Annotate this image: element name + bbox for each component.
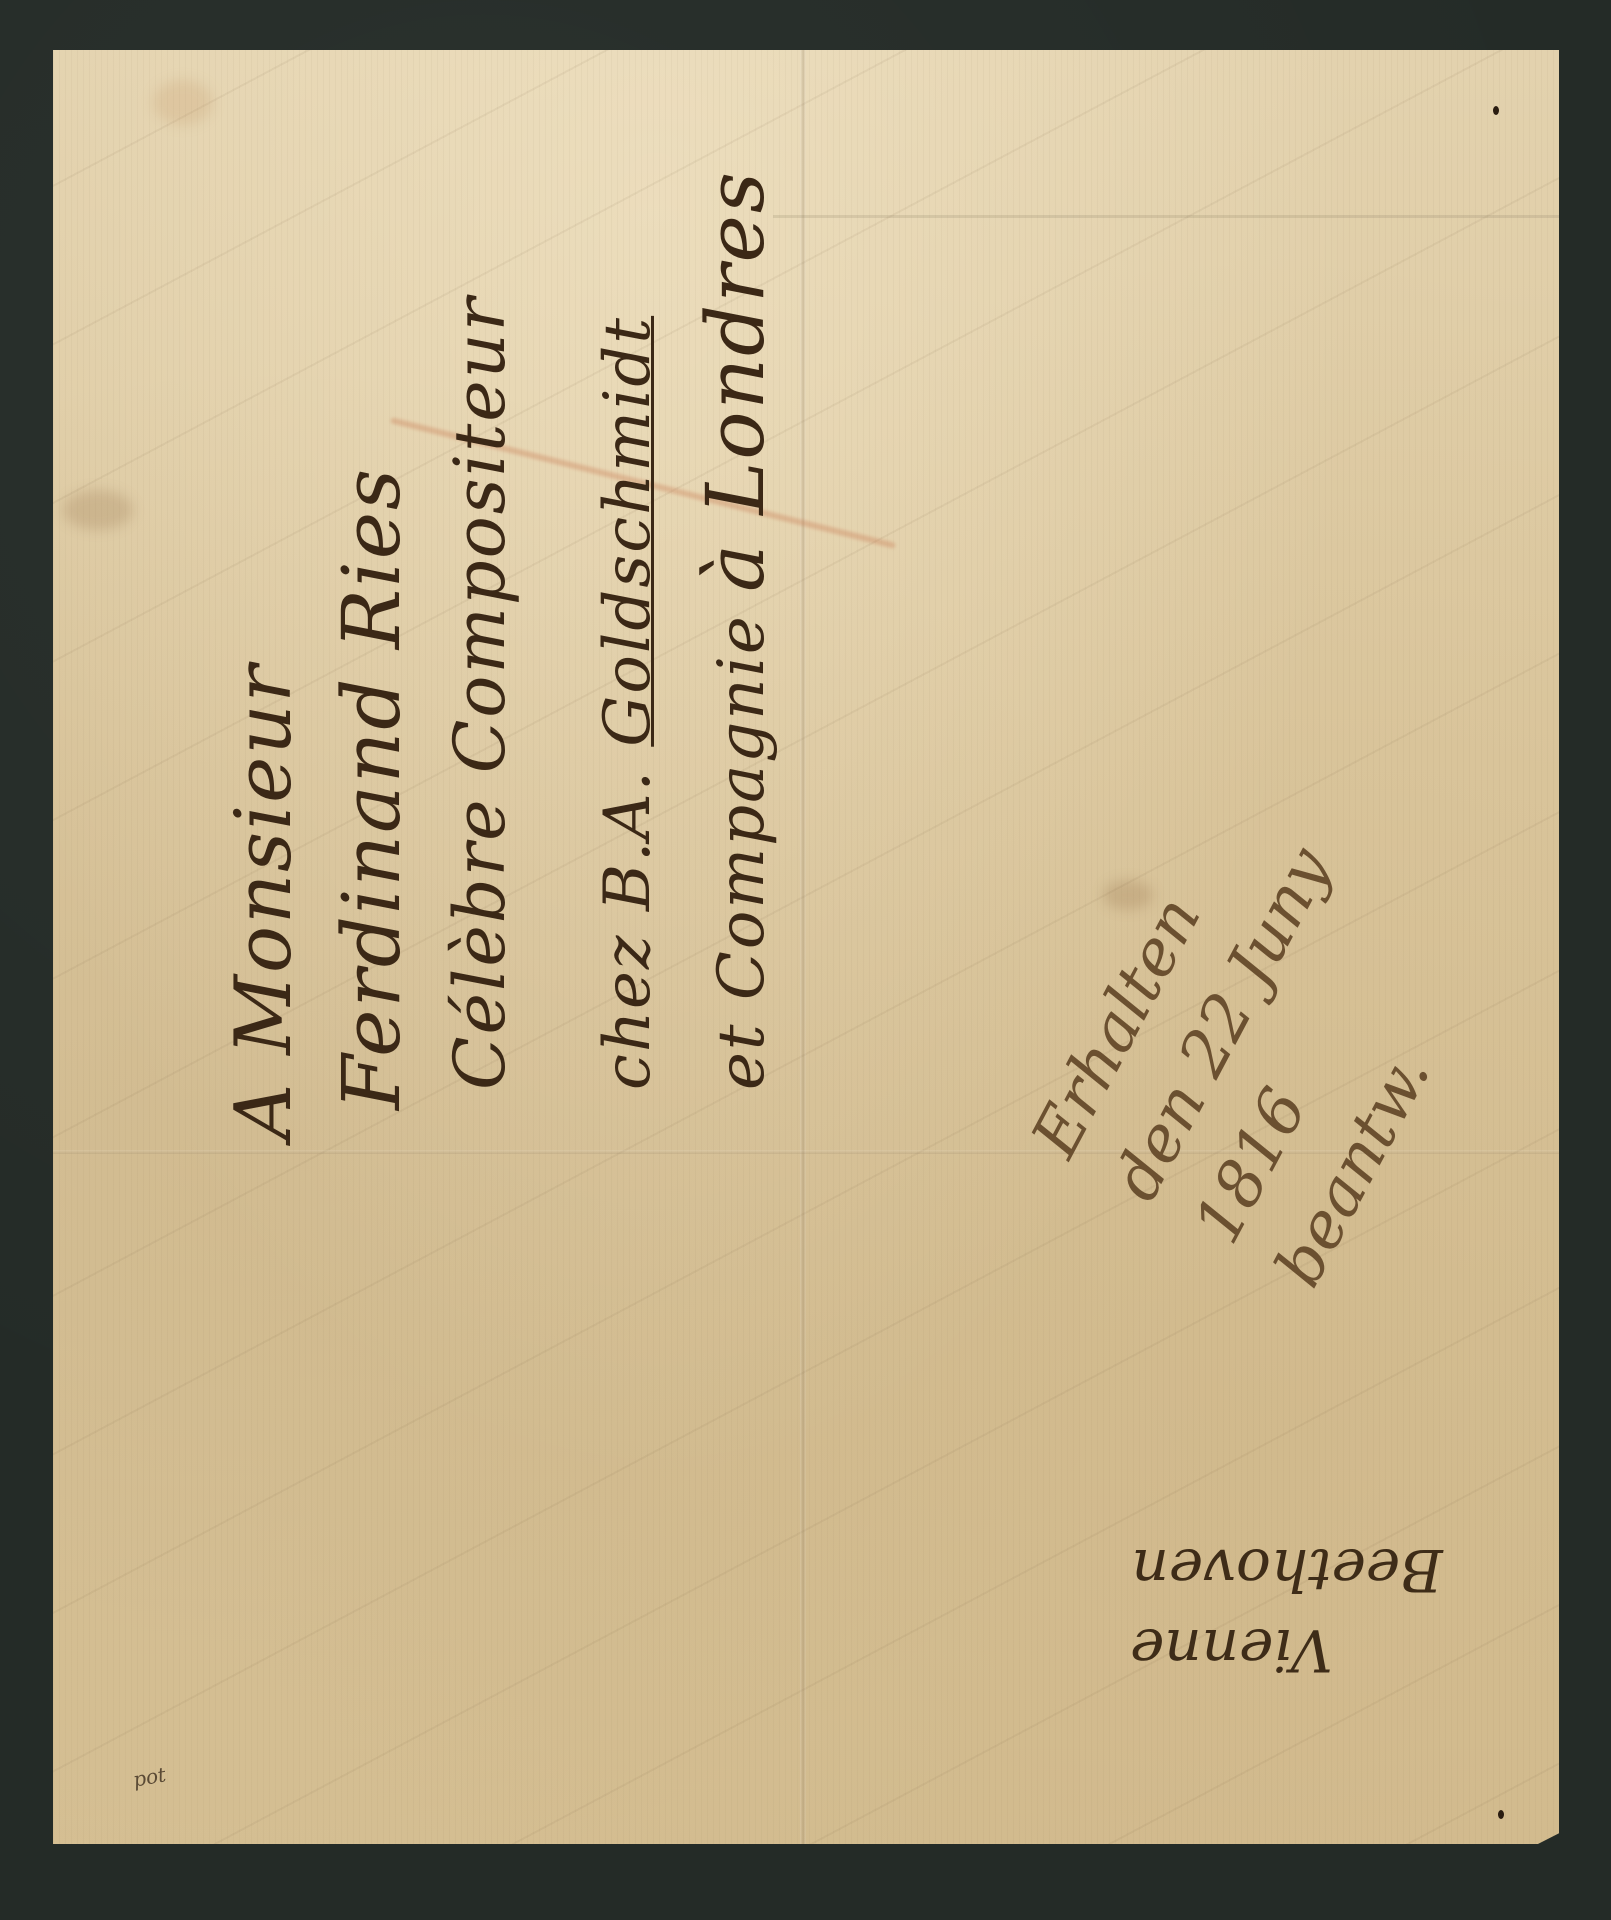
address-title: Célèbre Compositeur	[426, 250, 534, 1150]
destination-company: Compagnie	[705, 614, 779, 1000]
address-destination: et Compagnie à Londres	[682, 250, 796, 1150]
ink-stain	[63, 490, 133, 530]
sender-name: Beethoven	[1130, 1530, 1443, 1610]
vertical-fold-line	[800, 50, 806, 1844]
destination-prefix: et	[705, 1022, 779, 1090]
ink-dot	[1493, 106, 1499, 115]
water-stain	[153, 80, 213, 125]
care-of-prefix: chez B.A.	[591, 769, 665, 1090]
address-salutation: A Monsieur	[210, 250, 318, 1150]
sender-endorsement: Vienne Beethoven	[1130, 1530, 1443, 1690]
ink-dot	[1498, 1810, 1504, 1819]
address-care-of: chez B.A. Goldschmidt	[574, 250, 682, 1150]
address-recipient-name: Ferdinand Ries	[318, 250, 426, 1150]
care-of-name: Goldschmidt	[591, 316, 665, 747]
recipient-address: A Monsieur Ferdinand Ries Célèbre Compos…	[210, 250, 796, 1150]
destination-city: à Londres	[689, 170, 782, 592]
top-fold-line	[773, 215, 1559, 218]
sender-city: Vienne	[1130, 1610, 1443, 1690]
